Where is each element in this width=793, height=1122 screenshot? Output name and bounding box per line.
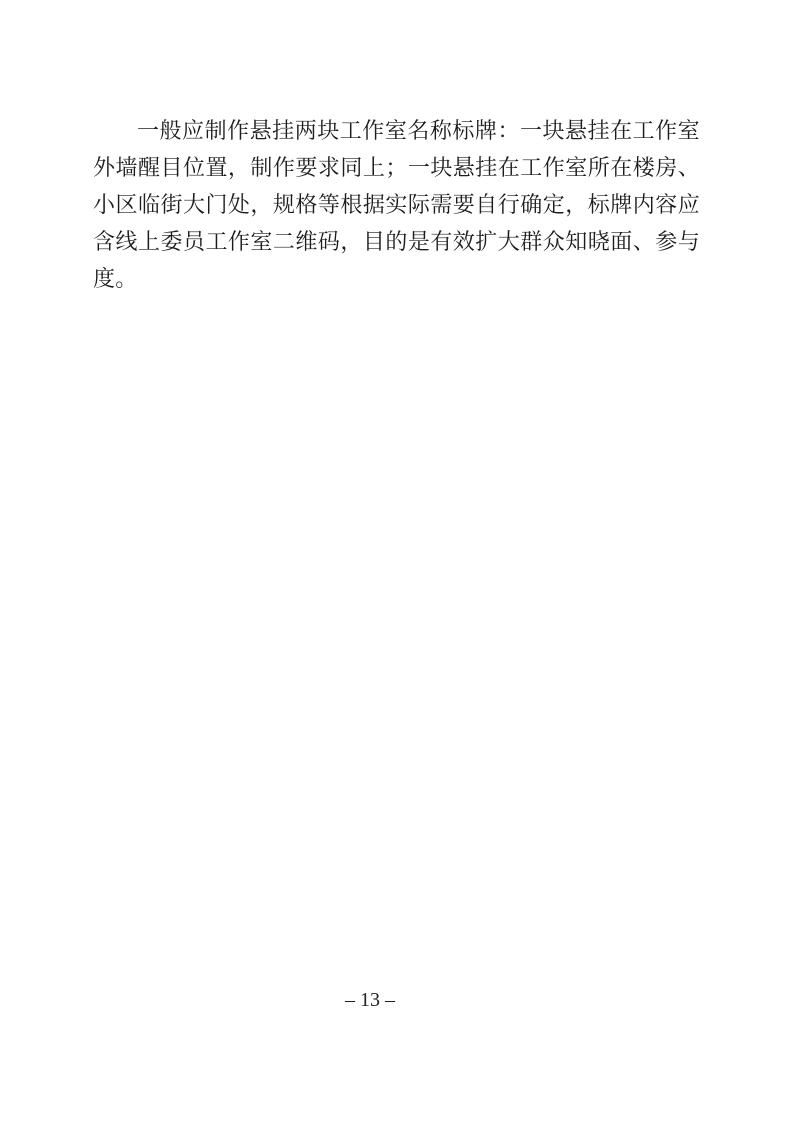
paragraph-line: 一般应制作悬挂两块工作室名称标牌：一块悬挂在工作室 [93, 112, 700, 149]
paragraph-line: 外墙醒目位置，制作要求同上；一块悬挂在工作室所在楼房、 [93, 149, 700, 186]
paragraph-line: 小区临街大门处，规格等根据实际需要自行确定，标牌内容应 [93, 186, 700, 223]
page-number: – 13 – [345, 988, 395, 1012]
document-page: 一般应制作悬挂两块工作室名称标牌：一块悬挂在工作室 外墙醒目位置，制作要求同上；… [0, 0, 793, 1122]
body-paragraph: 一般应制作悬挂两块工作室名称标牌：一块悬挂在工作室 外墙醒目位置，制作要求同上；… [93, 112, 700, 297]
paragraph-line: 度。 [93, 260, 700, 297]
paragraph-line: 含线上委员工作室二维码，目的是有效扩大群众知晓面、参与 [93, 223, 700, 260]
